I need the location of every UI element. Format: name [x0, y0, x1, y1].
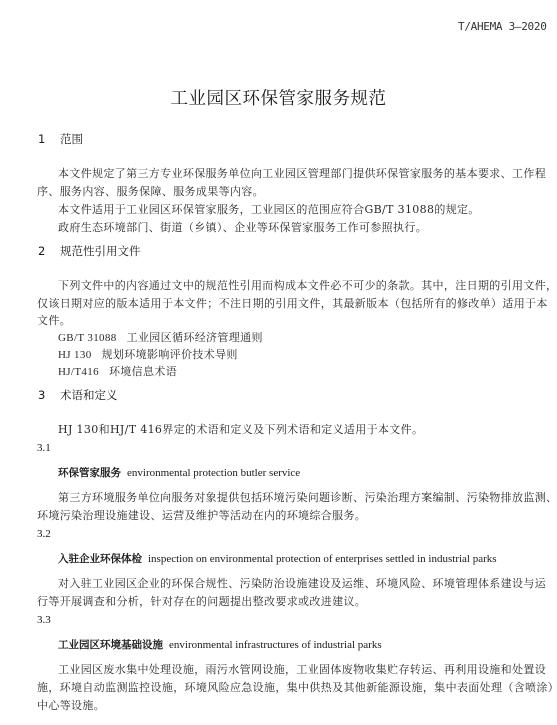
- document-title: 工业园区环保管家服务规范: [0, 85, 557, 110]
- paragraph-line: 环境污染治理设施建设、运营及维护等活动在内的环境综合服务。: [37, 507, 366, 523]
- section-title: 规范性引用文件: [60, 244, 141, 258]
- reference-code: HJ 130: [58, 349, 92, 361]
- term-heading: 工业园区环境基础设施environmental infrastructures …: [58, 637, 382, 652]
- reference-item: HJ 130规划环境影响评价技术导则: [58, 346, 238, 362]
- paragraph-line: 中心等设施。: [37, 697, 105, 713]
- paragraph-line: 文件。: [37, 312, 71, 328]
- term-en: environmental protection butler service: [127, 467, 300, 479]
- term-en: inspection on environmental protection o…: [148, 553, 497, 565]
- section-title: 范围: [60, 132, 83, 146]
- paragraph-line: 施，环境自动监测监控设施，环境风险应急设施，集中供热及其他新能源设施，集中表面处…: [37, 679, 557, 695]
- reference-item: GB/T 31088工业园区循环经济管理通则: [58, 329, 263, 345]
- term-zh: 环保管家服务: [58, 467, 121, 479]
- section-number: 3: [38, 388, 60, 402]
- section-number: 1: [38, 132, 60, 146]
- reference-name: 环境信息术语: [109, 365, 177, 378]
- paragraph-line: 工业园区废水集中处理设施，雨污水管网设施，工业固体废物收集贮存转运、再利用设施和…: [58, 661, 546, 677]
- section-2-heading: 2规范性引用文件: [38, 243, 141, 259]
- term-number: 3.2: [37, 528, 51, 540]
- section-1-heading: 1范围: [38, 131, 83, 147]
- term-zh: 工业园区环境基础设施: [58, 639, 163, 651]
- paragraph-line: 序、服务内容、服务保障、服务成果等内容。: [37, 183, 264, 199]
- reference-name: 工业园区循环经济管理通则: [127, 331, 263, 344]
- paragraph-line: 本文件规定了第三方专业环保服务单位向工业园区管理部门提供环保管家服务的基本要求、…: [58, 165, 546, 181]
- paragraph-line: 第三方环境服务单位向服务对象提供包括环境污染问题诊断、污染治理方案编制、污染物排…: [58, 489, 557, 505]
- term-number: 3.3: [37, 614, 51, 626]
- term-zh: 入驻企业环保体检: [58, 553, 142, 565]
- section-number: 2: [38, 244, 60, 258]
- term-heading: 环保管家服务environmental protection butler se…: [58, 465, 300, 480]
- reference-code: GB/T 31088: [58, 332, 117, 344]
- paragraph-line: 政府生态环境部门、街道（乡镇）、企业等环保管家服务工作可参照执行。: [58, 219, 427, 235]
- paragraph-line: HJ 130和HJ/T 416界定的术语和定义及下列术语和定义适用于本文件。: [58, 421, 423, 437]
- document-code: T/AHEMA 3—2020: [458, 20, 547, 33]
- paragraph-line: 本文件适用于工业园区环保管家服务，工业园区的范围应符合GB/T 31088的规定…: [58, 201, 480, 217]
- paragraph-line: 行等开展调查和分析，针对存在的问题提出整改要求或改进建议。: [37, 593, 366, 609]
- reference-code: HJ/T416: [58, 366, 99, 378]
- paragraph-line: 仅该日期对应的版本适用于本文件；不注日期的引用文件，其最新版本（包括所有的修改单…: [37, 295, 548, 311]
- section-title: 术语和定义: [60, 388, 118, 402]
- paragraph-line: 下列文件中的内容通过文中的规范性引用而构成本文件必不可少的条款。其中，注日期的引…: [58, 277, 557, 293]
- reference-name: 规划环境影响评价技术导则: [102, 348, 238, 361]
- term-number: 3.1: [37, 442, 51, 454]
- section-3-heading: 3术语和定义: [38, 387, 118, 403]
- term-en: environmental infrastructures of industr…: [169, 639, 382, 651]
- paragraph-line: 对入驻工业园区企业的环保合规性、污染防治设施建设及运维、环境风险、环境管理体系建…: [58, 575, 546, 591]
- reference-item: HJ/T416环境信息术语: [58, 363, 177, 379]
- term-heading: 入驻企业环保体检inspection on environmental prot…: [58, 551, 497, 566]
